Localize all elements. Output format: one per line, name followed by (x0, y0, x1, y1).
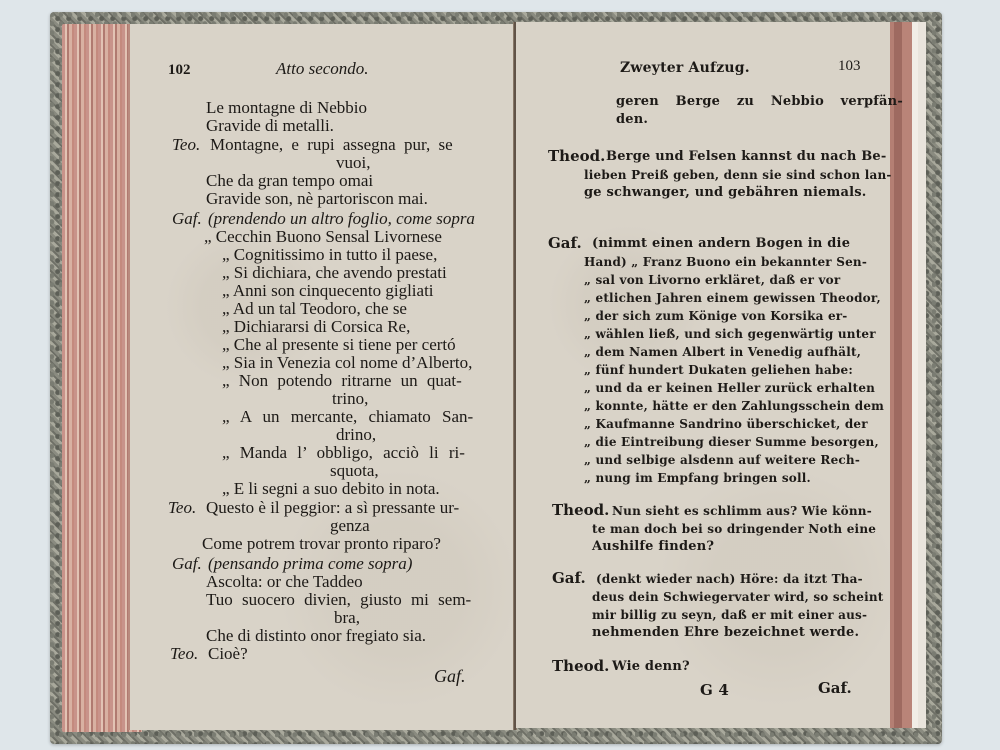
text-line: „ Dichiararsi di Corsica Re, (222, 317, 410, 337)
text-line: genza (330, 516, 370, 536)
page-number: 103 (838, 56, 861, 76)
text-line: lieben Preiß geben, denn sie sind schon … (584, 165, 892, 185)
speaker-label: Gaf. (548, 233, 582, 253)
text-line: „ und selbige alsdenn auf weitere Rech- (584, 450, 860, 470)
running-head: Zweyter Aufzug. (620, 58, 750, 78)
speaker-label: Theod. (552, 500, 609, 520)
stage-direction: (pensando prima come sopra) (208, 554, 412, 574)
speaker-label: Theod. (548, 146, 605, 166)
text-line: „ etlichen Jahren einem gewissen Theodor… (584, 288, 881, 308)
right-page: Zweyter Aufzug. 103 geren Berge zu Nebbi… (516, 22, 890, 728)
text-line: Montagne, e rupi assegna pur, se (210, 135, 453, 155)
text-line: squota, (330, 461, 379, 481)
text-line: Hand) „ Franz Buono ein bekannter Sen- (584, 252, 867, 272)
text-line: Gravide di metalli. (206, 116, 334, 136)
text-line: „ dem Namen Albert in Venedig aufhält, (584, 342, 861, 362)
text-line: „ E li segni a suo debito in nota. (222, 479, 440, 499)
text-line: deus dein Schwiegervater wird, so schein… (592, 587, 884, 607)
text-line: Cioè? (208, 644, 248, 664)
text-line: „ Si dichiara, che avendo prestati (222, 263, 447, 283)
text-line: „ Anni son cinquecento gigliati (222, 281, 434, 301)
text-line: „ konnte, hätte er den Zahlungsschein de… (584, 396, 884, 416)
text-line: drino, (336, 425, 376, 445)
text-line: trino, (332, 389, 368, 409)
left-page: 102 Atto secondo. Le montagne di Nebbio … (128, 24, 514, 730)
text-line: „ Che al presente si tiene per certó (222, 335, 456, 355)
text-line: „ wählen ließ, und sich gegenwärtig unte… (584, 324, 876, 344)
speaker-label: Theod. (552, 656, 609, 676)
text-line: „ Sia in Venezia col nome d’Alberto, (222, 353, 472, 373)
text-line: Gravide son, nè partoriscon mai. (206, 189, 428, 209)
text-line: „ fünf hundert Dukaten geliehen habe: (584, 360, 853, 380)
text-line: „ Cecchin Buono Sensal Livornese (204, 227, 442, 247)
speaker-label: Teo. (168, 498, 196, 518)
text-line: ge schwanger, und gebähren niemals. (584, 183, 867, 203)
text-line: Che di distinto onor fregiato sia. (206, 626, 426, 646)
catchword: Gaf. (434, 666, 466, 686)
running-head: Atto secondo. (276, 59, 369, 79)
stage-direction: (prendendo un altro foglio, come sopra (208, 209, 475, 229)
text-line: „ der sich zum Könige von Korsika er- (584, 306, 848, 326)
text-line: „ Kaufmanne Sandrino überschicket, der (584, 414, 868, 434)
text-line: Tuo suocero divien, giusto mi sem- (206, 590, 471, 610)
catchword: Gaf. (818, 678, 852, 698)
speaker-label: Teo. (172, 135, 200, 155)
text-line: Questo è il peggior: a sì pressante ur- (206, 498, 459, 518)
text-line: vuoi, (336, 153, 370, 173)
text-line: „ Ad un tal Teodoro, che se (222, 299, 407, 319)
text-line: Le montagne di Nebbio (206, 98, 367, 118)
text-line: Wie denn? (612, 657, 690, 677)
text-line: „ Non potendo ritrarne un quat- (222, 371, 462, 391)
text-line: „ Manda l’ obbligo, acciò li ri- (222, 443, 465, 463)
text-line: Come potrem trovar pronto riparo? (202, 534, 441, 554)
text-line: Ascolta: or che Taddeo (206, 572, 363, 592)
text-line: Nun sieht es schlimm aus? Wie könn- (612, 501, 872, 521)
signature-mark: G 4 (700, 680, 729, 700)
text-line: geren Berge zu Nebbio verpfän- (616, 92, 903, 112)
text-line: „ sal von Livorno erkläret, daß er vor (584, 270, 840, 290)
speaker-label: Gaf. (172, 209, 202, 229)
text-line: Berge und Felsen kannst du nach Be- (606, 147, 886, 167)
text-line: Aushilfe finden? (592, 537, 714, 557)
text-line: „ nung im Empfang bringen soll. (584, 468, 811, 488)
text-line: „ und da er keinen Heller zurück erhalte… (584, 378, 875, 398)
text-line: „ Cognitissimo in tutto il paese, (222, 245, 437, 265)
text-line: mir billig zu seyn, daß er mit einer aus… (592, 605, 867, 625)
text-line: den. (616, 110, 648, 130)
text-line: te man doch bei so dringender Noth eine (592, 519, 876, 539)
text-line: bra, (334, 608, 360, 628)
text-line: (denkt wieder nach) Höre: da itzt Tha- (596, 569, 863, 589)
speaker-label: Gaf. (172, 554, 202, 574)
page-edges-right (888, 22, 926, 728)
page-number: 102 (168, 60, 191, 80)
text-line: Che da gran tempo omai (206, 171, 373, 191)
speaker-label: Teo. (170, 644, 198, 664)
text-line: nehmenden Ehre bezeichnet werde. (592, 623, 859, 643)
text-line: „ A un mercante, chiamato San- (222, 407, 473, 427)
speaker-label: Gaf. (552, 568, 586, 588)
text-line: „ die Eintreibung dieser Summe besorgen, (584, 432, 879, 452)
text-line: (nimmt einen andern Bogen in die (592, 234, 850, 254)
